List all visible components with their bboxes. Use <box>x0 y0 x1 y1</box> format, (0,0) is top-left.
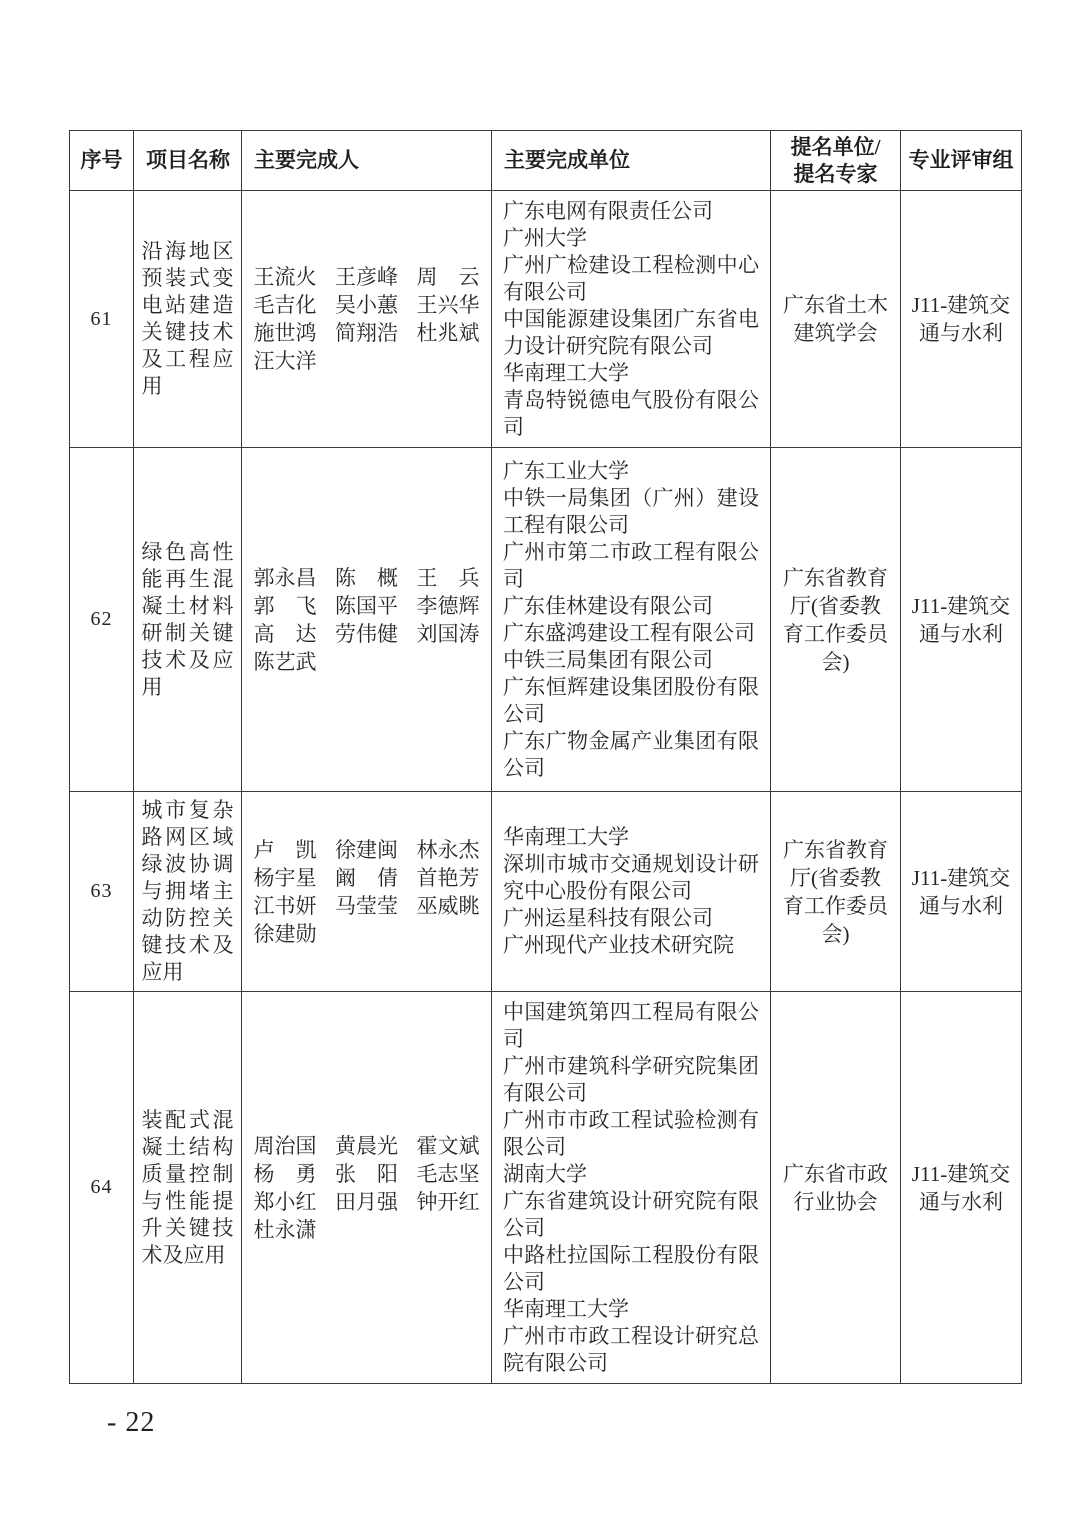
review-panel: J11-建筑交通与水利 <box>906 1160 1016 1216</box>
header-row: 序号 项目名称 主要完成人 主要完成单位 提名单位/ 提名专家 专业评审组 <box>70 131 1022 191</box>
person-name: 杨宇星 <box>254 864 317 892</box>
unit-name: 广州市市政工程设计研究总院有限公司 <box>503 1323 759 1377</box>
person-name: 施世鸿 <box>254 319 317 347</box>
table-row-62: 62 绿色高性能再生混凝土材料研制关键技术及应用 郭永昌陈概王兵郭飞陈国平李德辉… <box>70 448 1022 792</box>
person-name: 高达 <box>254 620 317 648</box>
header-people: 主要完成人 <box>242 131 492 191</box>
page-number: - 22 <box>107 1407 155 1439</box>
person-name: 阚倩 <box>335 864 398 892</box>
person-name: 汪大洋 <box>254 347 317 375</box>
person-name: 徐建闽 <box>335 836 398 864</box>
unit-name: 广东佳林建设有限公司 <box>503 593 759 620</box>
person-name: 杜兆斌 <box>417 319 480 347</box>
unit-name: 广州大学 <box>503 225 759 252</box>
person-name: 刘国涛 <box>417 620 480 648</box>
person-name: 卢凯 <box>254 836 317 864</box>
unit-name: 广州现代产业技术研究院 <box>503 932 759 959</box>
unit-name: 广东工业大学 <box>503 458 759 485</box>
header-seq: 序号 <box>70 131 134 191</box>
people-list: 王流火王彦峰周云毛吉化吴小蕙王兴华施世鸿简翔浩杜兆斌汪大洋 <box>254 263 480 375</box>
people-list: 郭永昌陈概王兵郭飞陈国平李德辉高达劳伟健刘国涛陈艺武 <box>254 564 480 676</box>
unit-name: 中国能源建设集团广东省电力设计研究院有限公司 <box>503 306 759 360</box>
units-list: 广东电网有限责任公司广州大学广州广检建设工程检测中心有限公司中国能源建设集团广东… <box>503 198 759 441</box>
person-name: 钟开红 <box>417 1188 480 1216</box>
units-list: 华南理工大学深圳市城市交通规划设计研究中心股份有限公司广州运星科技有限公司广州现… <box>503 824 759 959</box>
person-name: 田月强 <box>335 1188 398 1216</box>
person-name: 江书妍 <box>254 892 317 920</box>
unit-name: 湖南大学 <box>503 1161 759 1188</box>
person-name: 王流火 <box>254 263 317 291</box>
project-name: 装配式混凝土结构质量控制与性能提升关键技术及应用 <box>142 1107 234 1269</box>
unit-name: 广东电网有限责任公司 <box>503 198 759 225</box>
person-name: 陈艺武 <box>254 648 317 676</box>
person-name: 马莹莹 <box>335 892 398 920</box>
person-name: 巫威眺 <box>417 892 480 920</box>
person-name: 毛志坚 <box>417 1160 480 1188</box>
unit-name: 广州运星科技有限公司 <box>503 905 759 932</box>
project-name: 绿色高性能再生混凝土材料研制关键技术及应用 <box>142 539 234 701</box>
people-list: 卢凯徐建闽林永杰杨宇星阚倩首艳芳江书妍马莹莹巫威眺徐建勋 <box>254 836 480 948</box>
person-name: 王兴华 <box>417 291 480 319</box>
unit-name: 中铁一局集团（广州）建设工程有限公司 <box>503 485 759 539</box>
person-name: 林永杰 <box>417 836 480 864</box>
project-name: 城市复杂路网区域绿波协调与拥堵主动防控关键技术及应用 <box>142 797 234 986</box>
person-name: 郭永昌 <box>254 564 317 592</box>
unit-name: 广州市第二市政工程有限公司 <box>503 539 759 593</box>
units-list: 中国建筑第四工程局有限公司广州市建筑科学研究院集团有限公司广州市市政工程试验检测… <box>503 999 759 1377</box>
seq-cell: 64 <box>70 992 134 1384</box>
units-list: 广东工业大学中铁一局集团（广州）建设工程有限公司广州市第二市政工程有限公司广东佳… <box>503 458 759 782</box>
person-name: 杜永潇 <box>254 1216 317 1244</box>
person-name: 毛吉化 <box>254 291 317 319</box>
nominator: 广东省土木建筑学会 <box>782 291 890 347</box>
header-project: 项目名称 <box>134 131 242 191</box>
unit-name: 广东省建筑设计研究院有限公司 <box>503 1188 759 1242</box>
person-name: 周治国 <box>254 1132 317 1160</box>
unit-name: 华南理工大学 <box>503 824 759 851</box>
review-panel: J11-建筑交通与水利 <box>906 592 1016 648</box>
unit-name: 广州市建筑科学研究院集团有限公司 <box>503 1053 759 1107</box>
table-row-64: 64 装配式混凝土结构质量控制与性能提升关键技术及应用 周治国黄晨光霍文斌杨勇张… <box>70 992 1022 1384</box>
unit-name: 广东恒辉建设集团股份有限公司 <box>503 674 759 728</box>
unit-name: 中路杜拉国际工程股份有限公司 <box>503 1242 759 1296</box>
unit-name: 华南理工大学 <box>503 360 759 387</box>
person-name: 霍文斌 <box>417 1132 480 1160</box>
table-row-63: 63 城市复杂路网区域绿波协调与拥堵主动防控关键技术及应用 卢凯徐建闽林永杰杨宇… <box>70 792 1022 992</box>
person-name: 简翔浩 <box>335 319 398 347</box>
unit-name: 青岛特锐德电气股份有限公司 <box>503 387 759 441</box>
person-name: 杨勇 <box>254 1160 317 1188</box>
person-name: 首艳芳 <box>417 864 480 892</box>
review-panel: J11-建筑交通与水利 <box>906 291 1016 347</box>
person-name: 张阳 <box>335 1160 398 1188</box>
nominator: 广东省教育厅(省委教育工作委员会) <box>782 564 890 676</box>
project-name: 沿海地区预装式变电站建造关键技术及工程应用 <box>142 238 234 400</box>
person-name: 王兵 <box>417 564 480 592</box>
unit-name: 广东盛鸿建设工程有限公司 <box>503 620 759 647</box>
seq-cell: 62 <box>70 448 134 792</box>
award-table: 序号 项目名称 主要完成人 主要完成单位 提名单位/ 提名专家 专业评审组 61… <box>69 130 1022 1384</box>
header-units: 主要完成单位 <box>492 131 771 191</box>
nominator: 广东省市政行业协会 <box>782 1160 890 1216</box>
nominator: 广东省教育厅(省委教育工作委员会) <box>782 836 890 948</box>
person-name: 郭飞 <box>254 592 317 620</box>
person-name: 吴小蕙 <box>335 291 398 319</box>
person-name: 陈概 <box>335 564 398 592</box>
table-row-61: 61 沿海地区预装式变电站建造关键技术及工程应用 王流火王彦峰周云毛吉化吴小蕙王… <box>70 191 1022 448</box>
unit-name: 广州广检建设工程检测中心有限公司 <box>503 252 759 306</box>
person-name: 徐建勋 <box>254 920 317 948</box>
person-name: 劳伟健 <box>335 620 398 648</box>
review-panel: J11-建筑交通与水利 <box>906 864 1016 920</box>
person-name: 李德辉 <box>417 592 480 620</box>
unit-name: 深圳市城市交通规划设计研究中心股份有限公司 <box>503 851 759 905</box>
unit-name: 华南理工大学 <box>503 1296 759 1323</box>
unit-name: 广州市市政工程试验检测有限公司 <box>503 1107 759 1161</box>
unit-name: 广东广物金属产业集团有限公司 <box>503 728 759 782</box>
header-panel: 专业评审组 <box>901 131 1022 191</box>
unit-name: 中铁三局集团有限公司 <box>503 647 759 674</box>
header-nominator: 提名单位/ 提名专家 <box>771 131 901 191</box>
seq-cell: 63 <box>70 792 134 992</box>
person-name: 周云 <box>417 263 480 291</box>
people-list: 周治国黄晨光霍文斌杨勇张阳毛志坚郑小红田月强钟开红杜永潇 <box>254 1132 480 1244</box>
seq-cell: 61 <box>70 191 134 448</box>
document-page: 序号 项目名称 主要完成人 主要完成单位 提名单位/ 提名专家 专业评审组 61… <box>0 0 1080 1527</box>
person-name: 黄晨光 <box>335 1132 398 1160</box>
unit-name: 中国建筑第四工程局有限公司 <box>503 999 759 1053</box>
person-name: 郑小红 <box>254 1188 317 1216</box>
person-name: 陈国平 <box>335 592 398 620</box>
person-name: 王彦峰 <box>335 263 398 291</box>
